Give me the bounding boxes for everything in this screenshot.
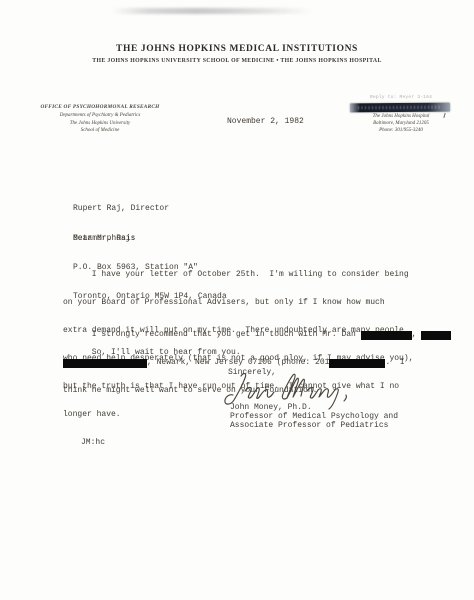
paragraph-1-line: on your Board of Professional Advisers, … [63,298,413,307]
sender-title-line2: Associate Professor of Pediatrics [230,421,388,430]
redaction-box [63,359,147,368]
typist-reference: JM:hc [81,438,105,447]
redaction-box [361,331,412,340]
letterhead-subtitle: THE JOHNS HOPKINS UNIVERSITY SCHOOL OF M… [0,58,474,64]
office-school: School of Medicine [14,127,186,134]
paragraph-3: So, I'll wait to hear from you. [63,348,241,357]
paragraph-2-text: , [412,330,422,339]
recipient-name: Rupert Raj, Director [73,204,227,214]
reply-address-stamp [350,103,450,113]
paragraph-2-text: , Newark, New Jersey 07106 (phone: 201 [147,358,329,367]
scan-artifact-smudge [112,8,312,14]
office-name: OFFICE OF PSYCHOHORMONAL RESEARCH [14,103,186,112]
hospital-name: The Johns Hopkins Hospital [348,113,454,120]
paragraph-1-line: I have your letter of October 25th. I'm … [63,270,413,279]
hospital-city: Baltimore, Maryland 21205 [348,120,454,127]
reply-note: Reply to: Meyer 3-164 [348,95,454,100]
paragraph-2-line: I strongly recommend that you get in tou… [63,330,451,339]
redaction-box [329,359,385,368]
hospital-block: The Johns Hopkins Hospital Baltimore, Ma… [348,113,454,134]
hospital-phone: Phone: 301/955-3240 [348,127,454,134]
office-university: The Johns Hopkins University [14,120,186,127]
redaction-box [421,331,451,340]
sender-title-line1: Professor of Medical Psychology and [230,412,398,421]
paragraph-2-text: . I [385,358,404,367]
paragraph-2-line: , Newark, New Jersey 07106 (phone: 201. … [63,358,451,367]
office-departments: Departments of Psychiatry & Pediatrics [14,112,186,120]
date-line: November 2, 1982 [227,117,304,126]
letter-page: THE JOHNS HOPKINS MEDICAL INSTITUTIONS T… [0,0,474,600]
sender-name: John Money, Ph.D. [230,403,312,412]
letterhead-title: THE JOHNS HOPKINS MEDICAL INSTITUTIONS [0,44,474,54]
office-block: OFFICE OF PSYCHOHORMONAL RESEARCH Depart… [14,103,186,134]
paragraph-2-text: I strongly recommend that you get in tou… [63,330,361,339]
salutation: Dear Mr. Raj: [73,234,135,243]
